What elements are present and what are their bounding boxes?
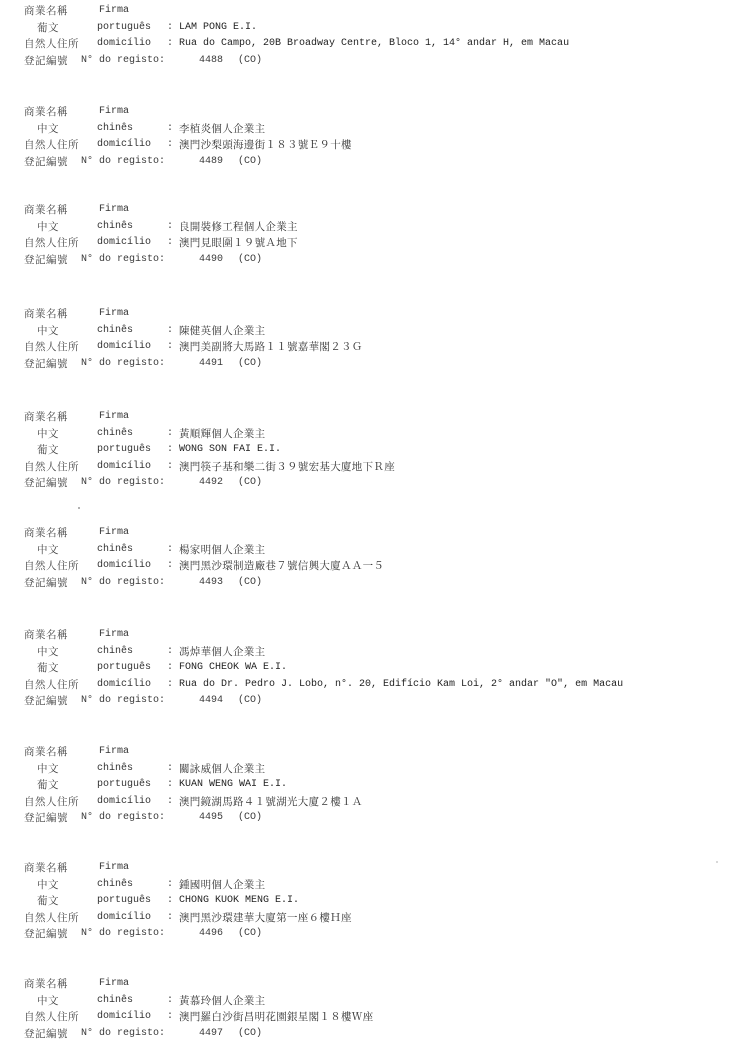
chinese-name: 陳健英個人企業主 bbox=[179, 323, 265, 340]
domicile-label-pt: domicílio bbox=[97, 36, 151, 53]
registry-label-pt: N° do registo: bbox=[81, 810, 165, 827]
chinese-name: 馮焯華個人企業主 bbox=[179, 644, 265, 661]
scan-artifact bbox=[716, 861, 718, 863]
domicile-label-pt: domicílio bbox=[97, 794, 151, 811]
firm-label-pt: Firma bbox=[99, 3, 129, 20]
registry-label-pt: N° do registo: bbox=[81, 356, 165, 373]
registry-code: (CO) bbox=[238, 154, 262, 171]
chinese-label-pt: chinês bbox=[97, 542, 133, 559]
firm-label-zh: 商業名稱 bbox=[24, 525, 68, 542]
portuguese-label-zh: 葡文 bbox=[37, 442, 59, 459]
registry-page: 商業名稱 Firma 葡文 português : LAM PONG E.I. … bbox=[0, 0, 735, 1048]
domicile-value: 澳門黑沙環建華大廈第一座６樓Ｈ座 bbox=[179, 910, 352, 927]
chinese-name: 鍾國明個人企業主 bbox=[179, 877, 265, 894]
domicile-label-zh: 自然人住所 bbox=[24, 910, 79, 927]
chinese-label-pt: chinês bbox=[97, 877, 133, 894]
colon: : bbox=[167, 36, 173, 53]
colon: : bbox=[167, 235, 173, 252]
registry-code: (CO) bbox=[238, 475, 262, 492]
registry-label-pt: N° do registo: bbox=[81, 475, 165, 492]
portuguese-label-pt: português bbox=[97, 893, 151, 910]
domicile-label-pt: domicílio bbox=[97, 339, 151, 356]
colon: : bbox=[167, 459, 173, 476]
registry-label-pt: N° do registo: bbox=[81, 154, 165, 171]
domicile-label-zh: 自然人住所 bbox=[24, 794, 79, 811]
colon: : bbox=[167, 644, 173, 661]
colon: : bbox=[167, 794, 173, 811]
chinese-label-pt: chinês bbox=[97, 761, 133, 778]
domicile-label-pt: domicílio bbox=[97, 677, 151, 694]
firm-label-zh: 商業名稱 bbox=[24, 627, 68, 644]
firm-label-pt: Firma bbox=[99, 627, 129, 644]
colon: : bbox=[167, 777, 173, 794]
registry-label-zh: 登記編號 bbox=[24, 154, 68, 171]
domicile-value: Rua do Dr. Pedro J. Lobo, n°. 20, Edifíc… bbox=[179, 677, 623, 694]
firm-label-zh: 商業名稱 bbox=[24, 104, 68, 121]
colon: : bbox=[167, 442, 173, 459]
domicile-value: 澳門黑沙環制造廠巷７號信興大廈ＡＡ一５ bbox=[179, 558, 384, 575]
colon: : bbox=[167, 660, 173, 677]
colon: : bbox=[167, 426, 173, 443]
domicile-label-zh: 自然人住所 bbox=[24, 137, 79, 154]
portuguese-label-pt: português bbox=[97, 660, 151, 677]
domicile-value: 澳門美副將大馬路１１號嘉華閣２３Ｇ bbox=[179, 339, 363, 356]
domicile-label-zh: 自然人住所 bbox=[24, 235, 79, 252]
firm-label-pt: Firma bbox=[99, 104, 129, 121]
colon: : bbox=[167, 137, 173, 154]
chinese-name: 關詠威個人企業主 bbox=[179, 761, 265, 778]
chinese-label-zh: 中文 bbox=[37, 426, 59, 443]
portuguese-name: KUAN WENG WAI E.I. bbox=[179, 777, 287, 794]
registry-number: 4492 bbox=[199, 475, 223, 492]
portuguese-name: WONG SON FAI E.I. bbox=[179, 442, 281, 459]
colon: : bbox=[167, 877, 173, 894]
registry-label-zh: 登記編號 bbox=[24, 926, 68, 943]
colon: : bbox=[167, 20, 173, 37]
chinese-label-zh: 中文 bbox=[37, 323, 59, 340]
portuguese-label-pt: português bbox=[97, 20, 151, 37]
firm-label-zh: 商業名稱 bbox=[24, 3, 68, 20]
chinese-label-pt: chinês bbox=[97, 993, 133, 1010]
portuguese-label-pt: português bbox=[97, 777, 151, 794]
chinese-label-zh: 中文 bbox=[37, 121, 59, 138]
registry-code: (CO) bbox=[238, 356, 262, 373]
domicile-label-pt: domicílio bbox=[97, 137, 151, 154]
chinese-label-pt: chinês bbox=[97, 426, 133, 443]
registry-number: 4496 bbox=[199, 926, 223, 943]
chinese-name: 黃慕玲個人企業主 bbox=[179, 993, 265, 1010]
registry-code: (CO) bbox=[238, 252, 262, 269]
domicile-label-pt: domicílio bbox=[97, 459, 151, 476]
firm-label-pt: Firma bbox=[99, 202, 129, 219]
registry-number: 4490 bbox=[199, 252, 223, 269]
registry-label-zh: 登記編號 bbox=[24, 1026, 68, 1043]
registry-label-zh: 登記編號 bbox=[24, 693, 68, 710]
scan-artifact bbox=[78, 507, 80, 509]
domicile-value: 澳門筷子基和樂二街３９號宏基大廈地下Ｒ座 bbox=[179, 459, 395, 476]
domicile-value: 澳門鏡湖馬路４１號湖光大廈２樓１Ａ bbox=[179, 794, 363, 811]
chinese-name: 良開裝修工程個人企業主 bbox=[179, 219, 298, 236]
chinese-name: 黃順輝個人企業主 bbox=[179, 426, 265, 443]
colon: : bbox=[167, 1009, 173, 1026]
registry-label-pt: N° do registo: bbox=[81, 575, 165, 592]
firm-label-pt: Firma bbox=[99, 744, 129, 761]
colon: : bbox=[167, 558, 173, 575]
firm-label-pt: Firma bbox=[99, 860, 129, 877]
chinese-label-pt: chinês bbox=[97, 323, 133, 340]
chinese-name: 李植炎個人企業主 bbox=[179, 121, 265, 138]
registry-number: 4493 bbox=[199, 575, 223, 592]
portuguese-label-zh: 葡文 bbox=[37, 893, 59, 910]
firm-label-pt: Firma bbox=[99, 409, 129, 426]
registry-label-zh: 登記編號 bbox=[24, 575, 68, 592]
registry-code: (CO) bbox=[238, 810, 262, 827]
colon: : bbox=[167, 323, 173, 340]
firm-label-pt: Firma bbox=[99, 525, 129, 542]
portuguese-name: FONG CHEOK WA E.I. bbox=[179, 660, 287, 677]
domicile-label-pt: domicílio bbox=[97, 910, 151, 927]
domicile-value: 澳門沙梨頭海邊街１８３號Ｅ９十樓 bbox=[179, 137, 352, 154]
registry-code: (CO) bbox=[238, 1026, 262, 1043]
chinese-label-zh: 中文 bbox=[37, 644, 59, 661]
registry-code: (CO) bbox=[238, 575, 262, 592]
portuguese-name: CHONG KUOK MENG E.I. bbox=[179, 893, 299, 910]
portuguese-label-zh: 葡文 bbox=[37, 20, 59, 37]
colon: : bbox=[167, 910, 173, 927]
registry-label-pt: N° do registo: bbox=[81, 926, 165, 943]
portuguese-label-zh: 葡文 bbox=[37, 777, 59, 794]
domicile-label-zh: 自然人住所 bbox=[24, 339, 79, 356]
chinese-label-pt: chinês bbox=[97, 219, 133, 236]
firm-label-zh: 商業名稱 bbox=[24, 976, 68, 993]
domicile-label-zh: 自然人住所 bbox=[24, 1009, 79, 1026]
firm-label-zh: 商業名稱 bbox=[24, 306, 68, 323]
colon: : bbox=[167, 339, 173, 356]
chinese-label-pt: chinês bbox=[97, 644, 133, 661]
registry-code: (CO) bbox=[238, 926, 262, 943]
registry-code: (CO) bbox=[238, 693, 262, 710]
domicile-label-pt: domicílio bbox=[97, 1009, 151, 1026]
portuguese-name: LAM PONG E.I. bbox=[179, 20, 257, 37]
chinese-label-zh: 中文 bbox=[37, 219, 59, 236]
chinese-name: 楊家明個人企業主 bbox=[179, 542, 265, 559]
registry-code: (CO) bbox=[238, 53, 262, 70]
registry-label-pt: N° do registo: bbox=[81, 1026, 165, 1043]
chinese-label-pt: chinês bbox=[97, 121, 133, 138]
colon: : bbox=[167, 893, 173, 910]
registry-label-zh: 登記編號 bbox=[24, 252, 68, 269]
domicile-label-zh: 自然人住所 bbox=[24, 459, 79, 476]
colon: : bbox=[167, 219, 173, 236]
chinese-label-zh: 中文 bbox=[37, 542, 59, 559]
registry-number: 4497 bbox=[199, 1026, 223, 1043]
domicile-label-pt: domicílio bbox=[97, 558, 151, 575]
colon: : bbox=[167, 677, 173, 694]
registry-label-zh: 登記編號 bbox=[24, 53, 68, 70]
firm-label-pt: Firma bbox=[99, 976, 129, 993]
registry-label-pt: N° do registo: bbox=[81, 252, 165, 269]
domicile-label-pt: domicílio bbox=[97, 235, 151, 252]
chinese-label-zh: 中文 bbox=[37, 993, 59, 1010]
chinese-label-zh: 中文 bbox=[37, 877, 59, 894]
colon: : bbox=[167, 542, 173, 559]
registry-label-zh: 登記編號 bbox=[24, 356, 68, 373]
portuguese-label-pt: português bbox=[97, 442, 151, 459]
firm-label-pt: Firma bbox=[99, 306, 129, 323]
colon: : bbox=[167, 121, 173, 138]
domicile-label-zh: 自然人住所 bbox=[24, 677, 79, 694]
domicile-label-zh: 自然人住所 bbox=[24, 36, 79, 53]
domicile-label-zh: 自然人住所 bbox=[24, 558, 79, 575]
registry-number: 4489 bbox=[199, 154, 223, 171]
registry-label-zh: 登記編號 bbox=[24, 810, 68, 827]
registry-number: 4495 bbox=[199, 810, 223, 827]
firm-label-zh: 商業名稱 bbox=[24, 409, 68, 426]
chinese-label-zh: 中文 bbox=[37, 761, 59, 778]
colon: : bbox=[167, 993, 173, 1010]
domicile-value: 澳門見眼圍１９號Ａ地下 bbox=[179, 235, 298, 252]
registry-number: 4491 bbox=[199, 356, 223, 373]
registry-number: 4488 bbox=[199, 53, 223, 70]
registry-label-zh: 登記編號 bbox=[24, 475, 68, 492]
firm-label-zh: 商業名稱 bbox=[24, 744, 68, 761]
registry-number: 4494 bbox=[199, 693, 223, 710]
portuguese-label-zh: 葡文 bbox=[37, 660, 59, 677]
registry-label-pt: N° do registo: bbox=[81, 53, 165, 70]
registry-label-pt: N° do registo: bbox=[81, 693, 165, 710]
domicile-value: Rua do Campo, 20B Broadway Centre, Bloco… bbox=[179, 36, 569, 53]
firm-label-zh: 商業名稱 bbox=[24, 860, 68, 877]
domicile-value: 澳門羅白沙街昌明花園銀星閣１８樓Ｗ座 bbox=[179, 1009, 373, 1026]
colon: : bbox=[167, 761, 173, 778]
firm-label-zh: 商業名稱 bbox=[24, 202, 68, 219]
